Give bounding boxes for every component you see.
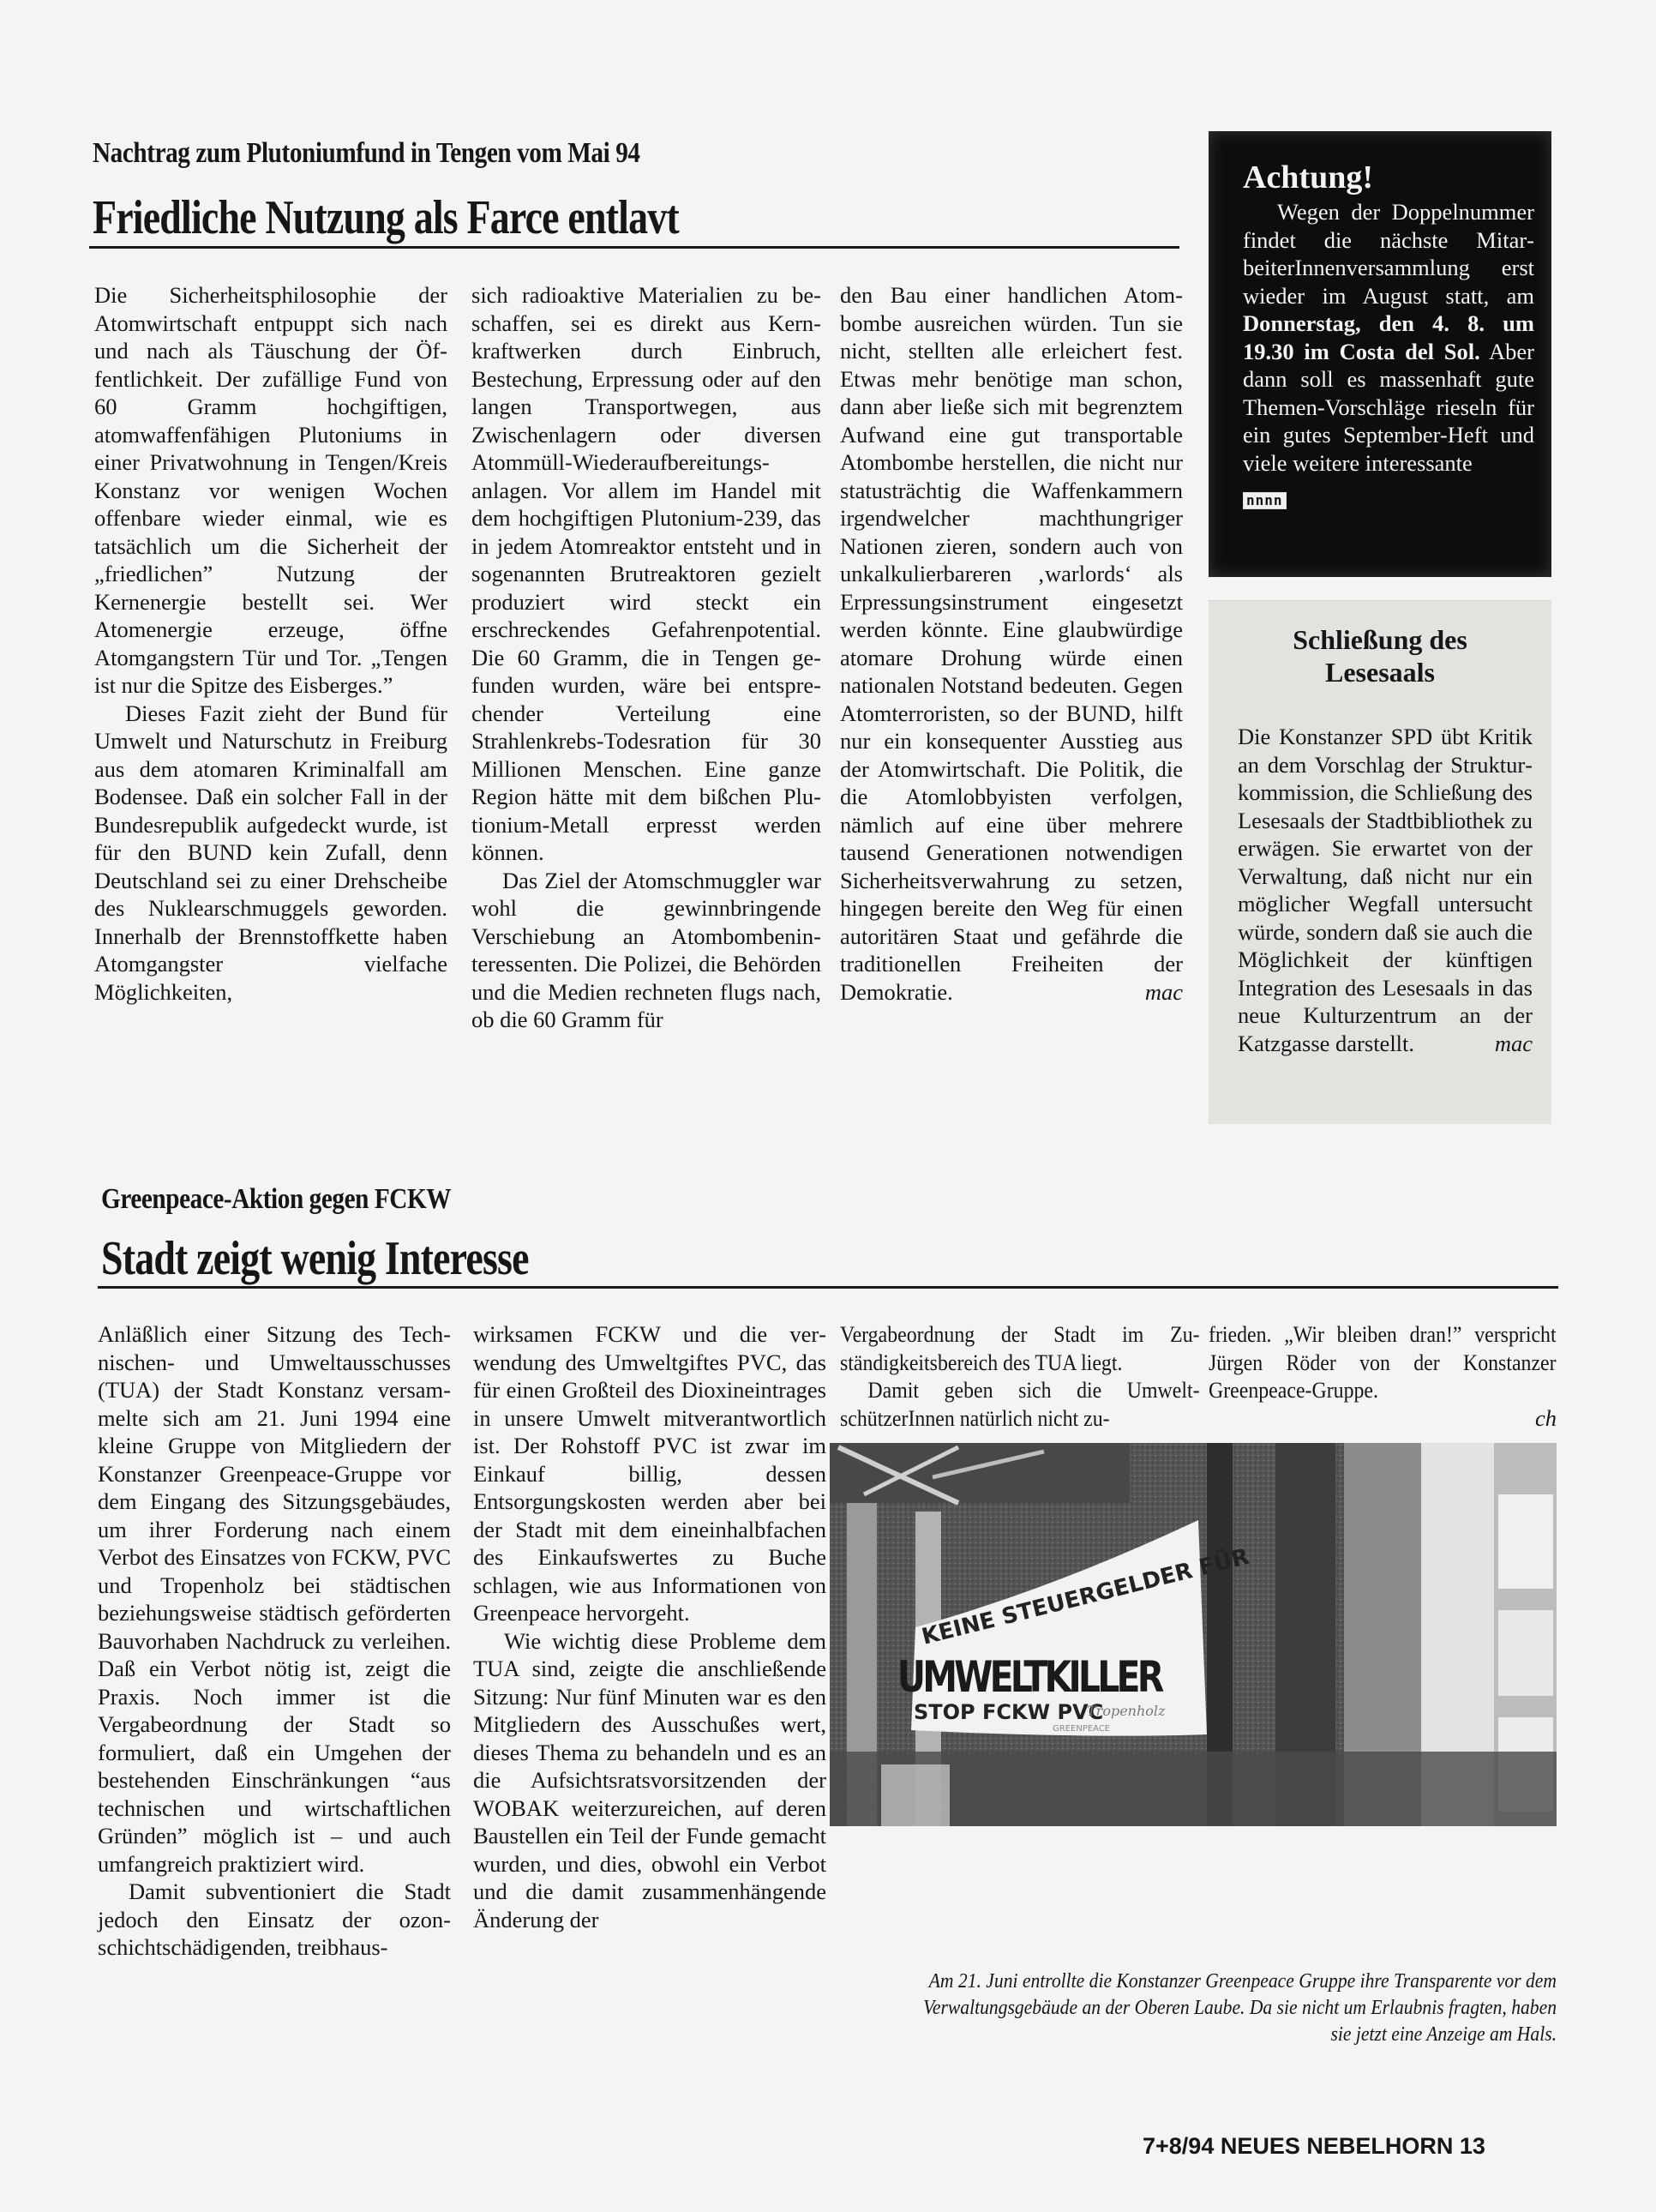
paragraph: Die Sicherheitsphilosophie der Atomwirts…: [94, 281, 447, 700]
paragraph: Wie wichtig diese Probleme dem TUA sind,…: [473, 1627, 826, 1934]
notice-title: Achtung!: [1209, 159, 1551, 196]
paragraph: Damit geben sich die Umwelt­schützerInne…: [840, 1376, 1200, 1432]
author-signature: mac: [1495, 1030, 1533, 1058]
article2-column-2: wirksamen FCKW und die ver­wendung des U…: [473, 1320, 826, 1933]
article1-column-2: sich radioaktive Materialien zu be­schaf…: [471, 281, 821, 1034]
svg-text:GREENPEACE: GREENPEACE: [1053, 1724, 1110, 1734]
nebelhorn-logo-icon: nnnn: [1243, 492, 1287, 509]
sidebar-article-box: Schließung des Lesesaals Die Konstanzer …: [1209, 600, 1551, 1124]
article1-column-1: Die Sicherheitsphilosophie der Atomwirts…: [94, 281, 447, 1006]
svg-text:STOP FCKW PVC: STOP FCKW PVC: [914, 1700, 1103, 1724]
paragraph: sich radioaktive Materialien zu be­schaf…: [471, 281, 821, 867]
notice-box: Achtung! Wegen der Doppelnum­mer findet …: [1209, 131, 1551, 577]
article1-column-3: den Bau einer handlichen Atom­bombe ausr…: [840, 281, 1183, 1006]
paragraph: Vergabeordnung der Stadt im Zu­ständigke…: [840, 1320, 1200, 1376]
author-signature: ch: [1209, 1404, 1557, 1433]
article2-column-3: Vergabeordnung der Stadt im Zu­ständigke…: [840, 1320, 1200, 1432]
article2-column-1: Anläßlich einer Sitzung des Tech­nischen…: [98, 1320, 451, 1962]
sidebar-article-title: Schließung des Lesesaals: [1209, 623, 1551, 688]
paragraph: wirksamen FCKW und die ver­wendung des U…: [473, 1320, 826, 1627]
article1-rule: [89, 246, 1179, 249]
paragraph: Damit subventioniert die Stadt jedoch de…: [98, 1878, 451, 1962]
article1-headline: Friedliche Nutzung als Farce entlavt: [93, 190, 679, 245]
publication-name: NEUES NEBELHORN: [1221, 2133, 1454, 2159]
article2-rule: [98, 1286, 1558, 1289]
paragraph: Dieses Fazit zieht der Bund für Umwelt u…: [94, 700, 447, 1007]
svg-text:UMWELTKILLER: UMWELTKILLER: [897, 1652, 1165, 1702]
issue-number: 7+8/94: [1143, 2133, 1214, 2159]
paragraph: den Bau einer handlichen Atom­bombe ausr…: [840, 281, 1183, 1006]
page-number: 13: [1460, 2133, 1485, 2159]
page-footer: 7+8/94 NEUES NEBELHORN 13: [1143, 2133, 1485, 2160]
article1-kicker: Nachtrag zum Plutoniumfund in Tengen vom…: [93, 137, 640, 170]
sidebar-article-body: Die Konstanzer SPD übt Kritik an dem Vor…: [1238, 723, 1533, 1057]
notice-body: Wegen der Doppelnum­mer findet die nächs…: [1243, 198, 1534, 512]
paragraph: Anläßlich einer Sitzung des Tech­nischen…: [98, 1320, 451, 1878]
article2-kicker: Greenpeace-Aktion gegen FCKW: [101, 1183, 451, 1216]
svg-text:Tropenholz: Tropenholz: [1087, 1703, 1166, 1719]
paragraph: Das Ziel der Atomschmuggler war wohl die…: [471, 867, 821, 1034]
photo-caption: Am 21. Juni entrollte die Konstanzer Gre…: [903, 1969, 1557, 2048]
article2-column-4: frieden. „Wir bleiben dran!” ver­spricht…: [1209, 1320, 1557, 1432]
protest-photo: KEINE STEUERGELDER FÜR UMWELTKILLER STOP…: [830, 1443, 1557, 1826]
protest-photo-image: KEINE STEUERGELDER FÜR UMWELTKILLER STOP…: [830, 1443, 1557, 1826]
article2-headline: Stadt zeigt wenig Interesse: [101, 1231, 529, 1286]
author-signature: mac: [1145, 978, 1183, 1007]
paragraph: frieden. „Wir bleiben dran!” ver­spricht…: [1209, 1320, 1557, 1404]
